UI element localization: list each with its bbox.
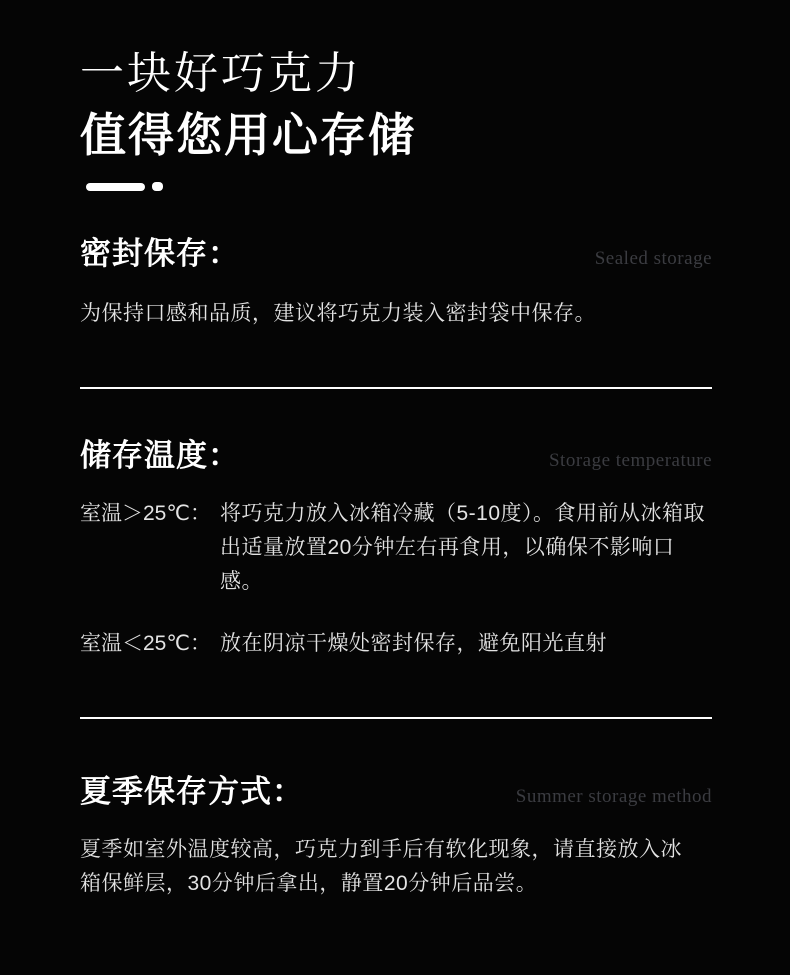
section-sealed-storage: 密封保存： Sealed storage 为保持口感和品质，建议将巧克力装入密封…: [80, 237, 712, 331]
section-divider: [80, 387, 712, 389]
sealed-storage-heading-en: Sealed storage: [595, 248, 712, 270]
temperature-instruction-text: 将巧克力放入冰箱冷藏（5-10度）。食用前从冰箱取出适量放置20分钟左右再食用，…: [220, 497, 712, 599]
temperature-condition-label: 室温＜25℃：: [80, 627, 220, 661]
temperature-condition-label: 室温＞25℃：: [80, 497, 220, 531]
summer-storage-heading: 夏季保存方式：: [80, 775, 304, 809]
sealed-storage-body: 为保持口感和品质，建议将巧克力装入密封袋中保存。: [80, 297, 712, 331]
title-line-1: 一块好巧克力: [80, 52, 712, 96]
section-summer-storage: 夏季保存方式： Summer storage method 夏季如室外温度较高，…: [80, 775, 712, 901]
sealed-storage-heading: 密封保存：: [80, 237, 240, 271]
temperature-rule-above-25: 室温＞25℃： 将巧克力放入冰箱冷藏（5-10度）。食用前从冰箱取出适量放置20…: [80, 497, 712, 599]
summer-storage-body: 夏季如室外温度较高，巧克力到手后有软化现象，请直接放入冰箱保鲜层，30分钟后拿出…: [80, 833, 700, 901]
section-heading-row: 储存温度： Storage temperature: [80, 439, 712, 473]
section-storage-temperature: 储存温度： Storage temperature 室温＞25℃： 将巧克力放入…: [80, 439, 712, 661]
section-heading-row: 密封保存： Sealed storage: [80, 237, 712, 271]
temperature-instruction-text: 放在阴凉干燥处密封保存，避免阳光直射: [220, 627, 607, 661]
section-heading-row: 夏季保存方式： Summer storage method: [80, 775, 712, 809]
decoration-dot: [152, 182, 163, 191]
title-underline-decoration: [86, 182, 712, 191]
storage-temperature-heading: 储存温度：: [80, 439, 240, 473]
storage-instructions-panel: 一块好巧克力 值得您用心存储 密封保存： Sealed storage 为保持口…: [0, 0, 790, 975]
page-header: 一块好巧克力 值得您用心存储: [80, 52, 712, 191]
section-divider: [80, 717, 712, 719]
storage-temperature-heading-en: Storage temperature: [549, 450, 712, 472]
decoration-dash: [86, 183, 145, 191]
summer-storage-heading-en: Summer storage method: [516, 786, 712, 808]
title-line-2: 值得您用心存储: [80, 112, 712, 158]
temperature-rule-below-25: 室温＜25℃： 放在阴凉干燥处密封保存，避免阳光直射: [80, 627, 712, 661]
